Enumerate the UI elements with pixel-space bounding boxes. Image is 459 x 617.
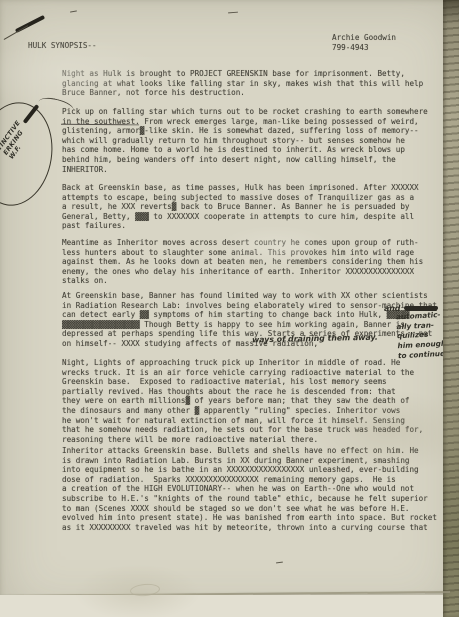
paragraph-base-attack: Inheritor attacks Greenskin base. Bullet… (62, 446, 437, 532)
paragraph-research-lab: At Greenskin base, Banner has found limi… (62, 291, 437, 349)
pen-slash-thin (4, 25, 29, 40)
paragraph-truck-attack: Night, Lights of approaching truck pick … (62, 358, 423, 444)
paragraph-back-at-base: Back at Greenskin base, as time passes, … (62, 183, 419, 231)
stray-mark (70, 10, 77, 12)
document-title: HULK SYNOPSIS-- (28, 41, 97, 51)
margin-note: automatic- ally tran- quilizes him enoug… (396, 310, 448, 361)
bottom-paper-strip (0, 595, 443, 617)
paragraph-opening: Night as Hulk is brought to PROJECT GREE… (62, 69, 423, 98)
author-phone: 799-4943 (332, 43, 369, 52)
stray-mark (276, 562, 283, 564)
paragraph-hunters: Meantime as Inheritor moves across deser… (62, 238, 423, 286)
stray-mark (228, 12, 238, 14)
scan-edge-strip (443, 0, 459, 617)
paragraph-falling-star: Pick up on falling star which turns out … (62, 107, 428, 174)
author-name: Archie Goodwin (332, 33, 396, 42)
scanned-document-page: HULK SYNOPSIS-- Archie Goodwin799-4943 N… (0, 0, 459, 617)
author-block: Archie Goodwin799-4943 (332, 33, 396, 52)
